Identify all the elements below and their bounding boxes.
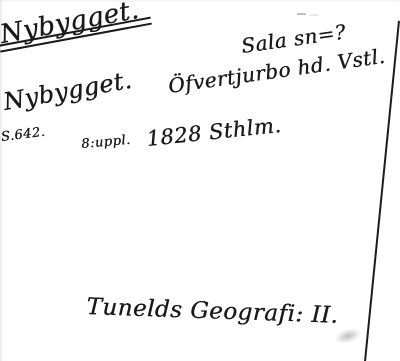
index-card: Nybygget. Sala sn=? Öfvertjurbo hd. Vstl… [0, 0, 400, 361]
page-reference-text: S.642. [0, 125, 46, 146]
edition-text: 8:uppl. [81, 133, 132, 153]
source-title-text: Tunelds Geografi: II. [86, 294, 339, 330]
imprint-text: 1828 Sthlm. [145, 113, 282, 152]
scan-artifact-top [297, 13, 306, 15]
entry-name-text: Nybygget. [1, 66, 134, 117]
heading-nybygget: Nybygget. [0, 0, 142, 55]
card-edge-line [364, 21, 400, 361]
